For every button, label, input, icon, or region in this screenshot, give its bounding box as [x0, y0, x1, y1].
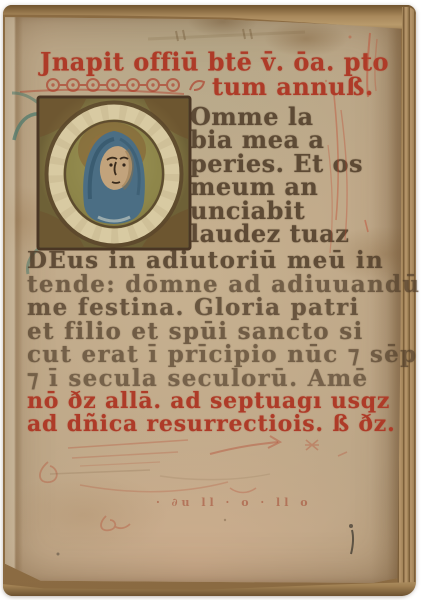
psalm-line: me festina. Gloria patri [27, 294, 360, 321]
red-margin-scratches [320, 25, 400, 265]
manuscript-photo: Jnapit offiū btē v̄. ōa. pto tum annuß. [0, 0, 422, 600]
psalm-line: cut erat ī prīcipio nūc ⁊ sēp [27, 341, 418, 368]
ghost-offset-marks [140, 26, 340, 48]
faint-red-scribbles [20, 430, 410, 560]
panel-top-red-line [20, 90, 184, 94]
faint-ghost-text: · ∂u ll · o · ll o [156, 496, 312, 509]
